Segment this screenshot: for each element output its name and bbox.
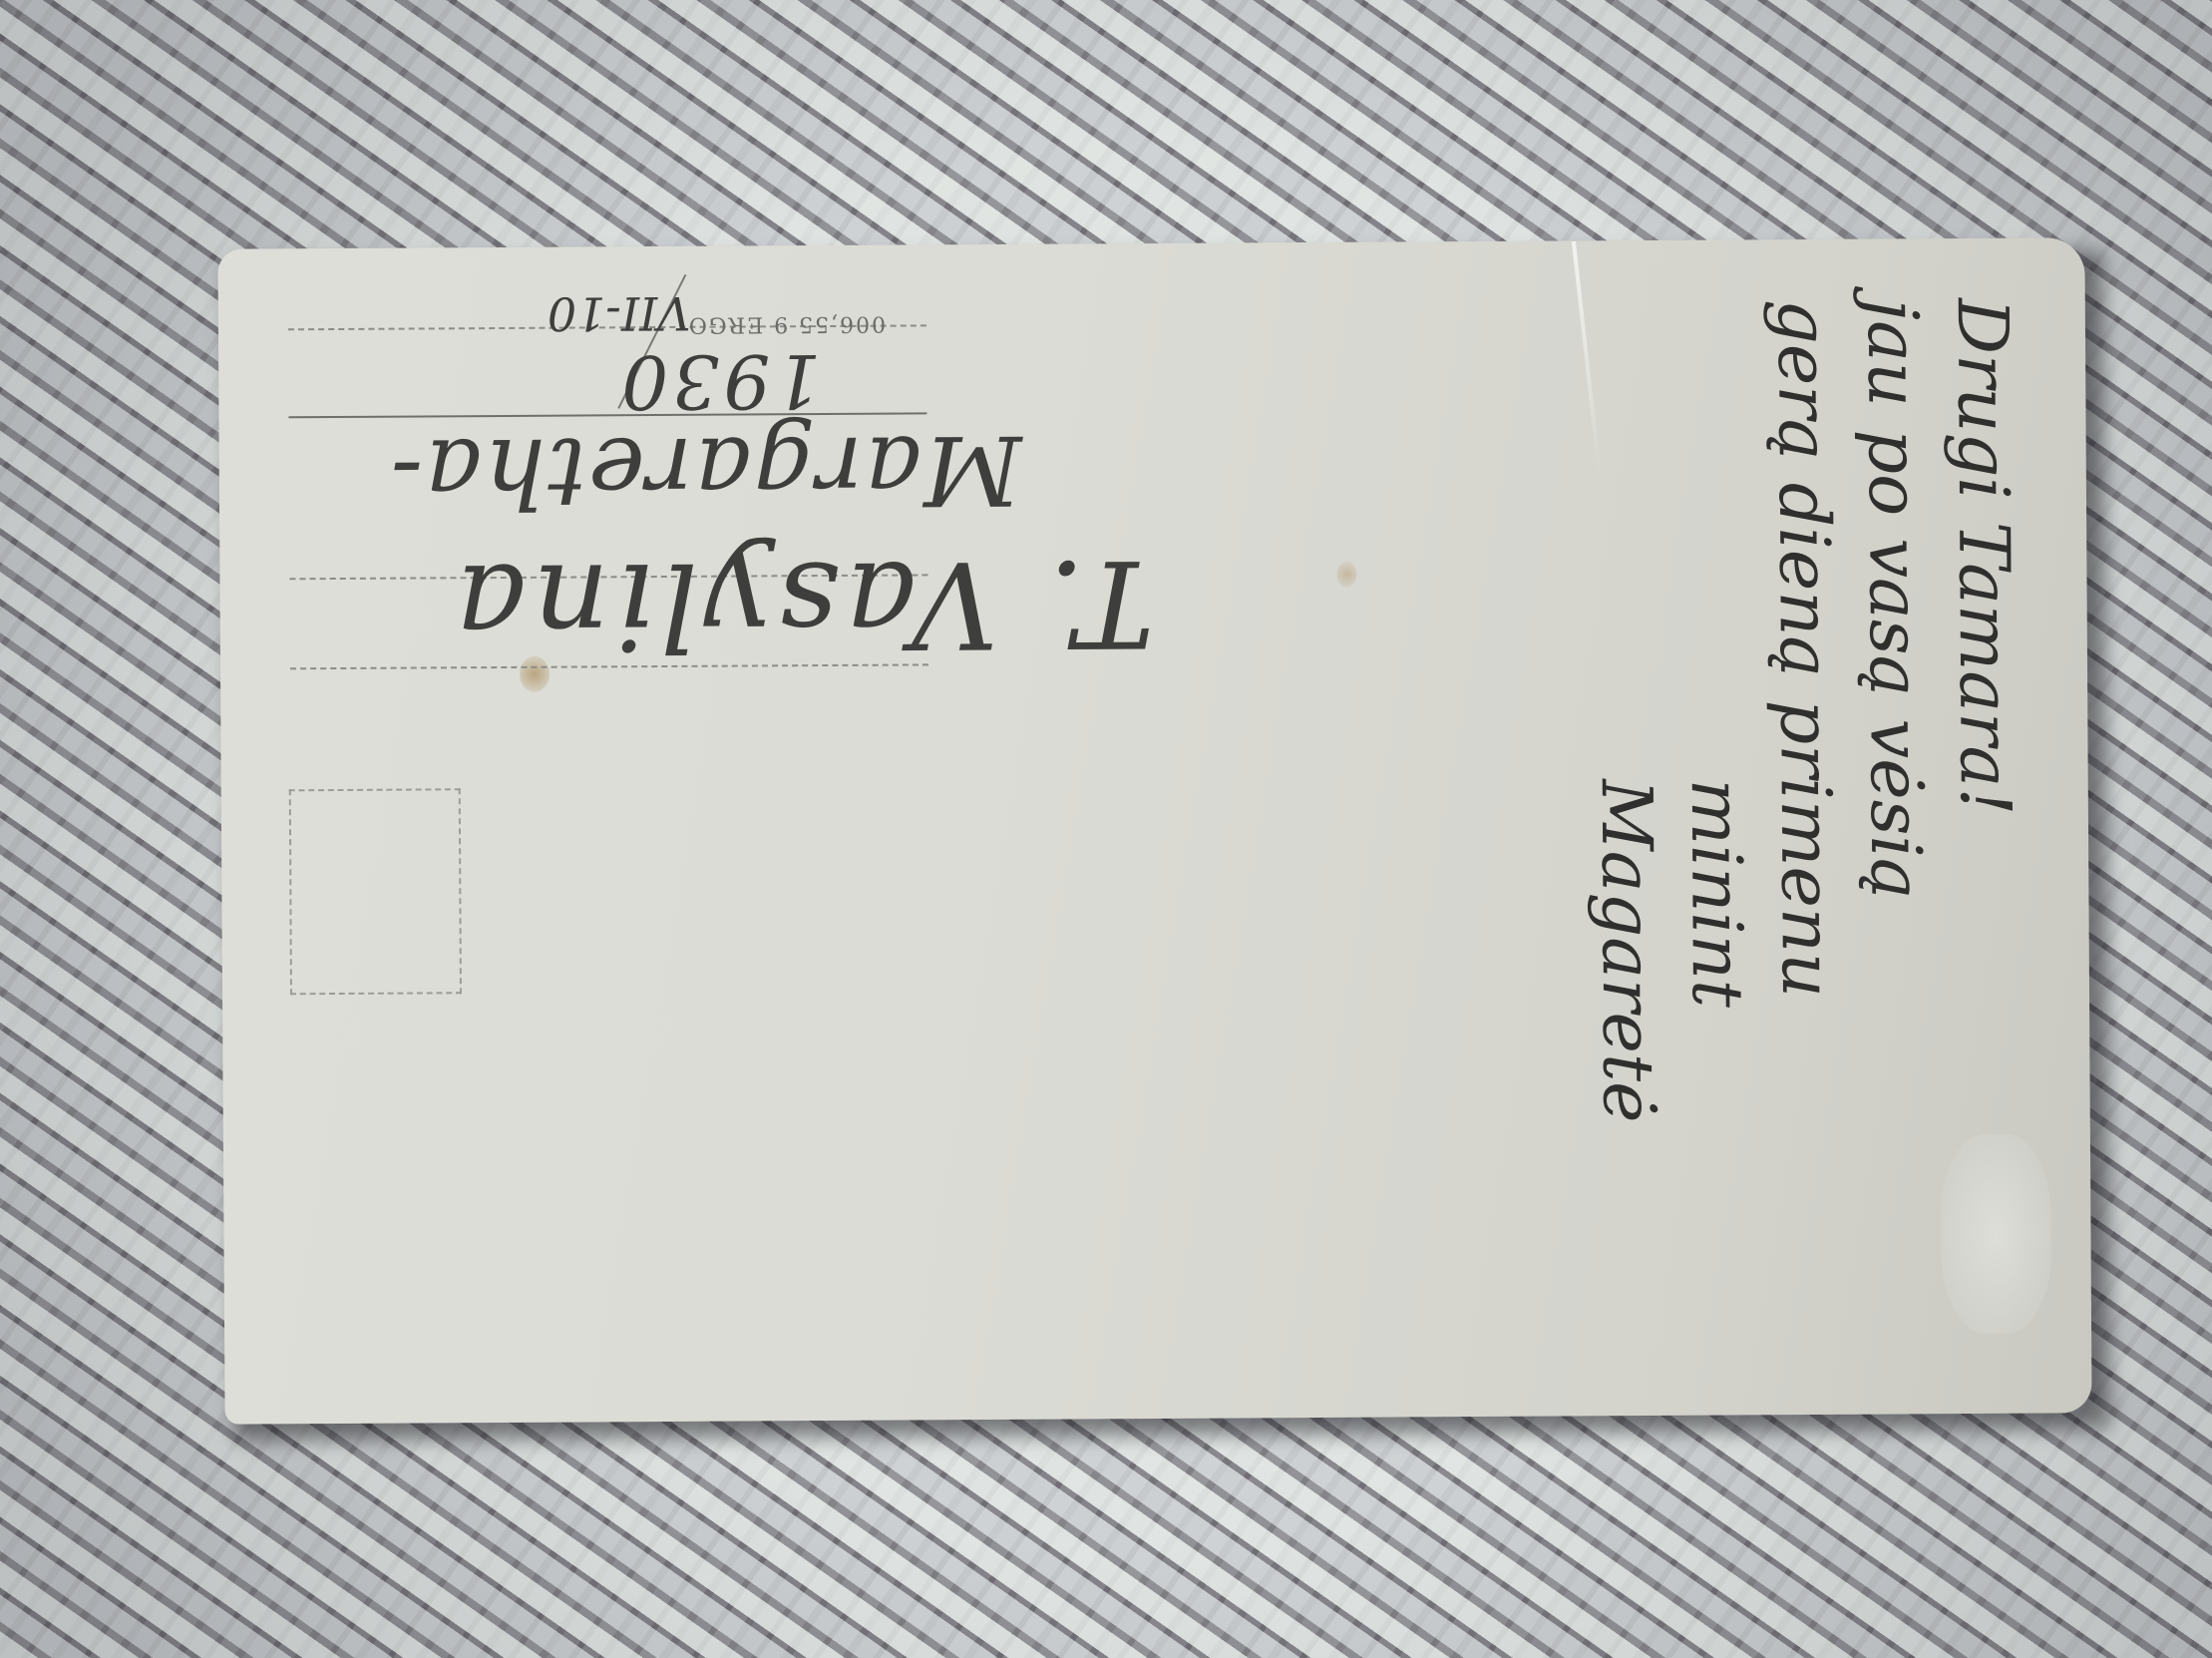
postcard-back: 006,55 9 ERGO VII-10 1930 Margaretha- T.… (217, 237, 2091, 1424)
message-line: Drugi Tamara! (1942, 298, 2027, 816)
printed-serial-code: 006,55 9 ERGO (687, 311, 886, 337)
message-line: Magaretė (1586, 779, 1669, 1123)
handwritten-date: VII-10 (548, 286, 691, 341)
foxing-stain (1336, 562, 1356, 588)
handwritten-message: Drugi Tamara! jau po vasą vėsią gerą die… (1555, 297, 2079, 1358)
handwritten-place: Margaretha- (388, 414, 1022, 530)
stamp-box (289, 788, 462, 995)
handwritten-year: 1930 (617, 337, 822, 424)
handwritten-signature: T. Vasylina (449, 533, 1155, 675)
message-line: gerą dieną primenu (1762, 299, 1848, 998)
message-line: jau po vasą vėsią (1852, 298, 1938, 900)
message-line: minint (1675, 778, 1758, 1008)
